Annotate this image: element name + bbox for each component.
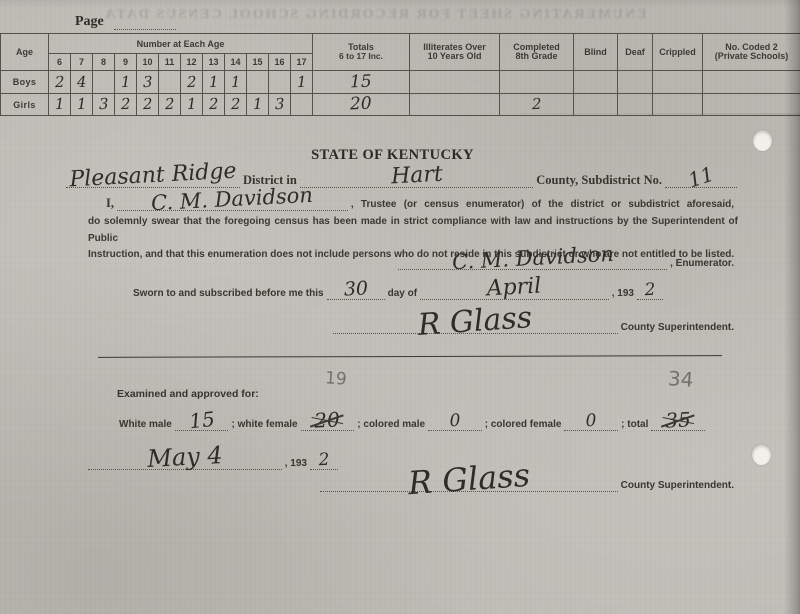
enumerator-line: C. M. Davidson , Enumerator.: [398, 246, 737, 270]
count-cell: 1: [291, 71, 313, 94]
white-female-field: 20 19: [301, 407, 355, 431]
count-cell: 1: [247, 94, 269, 116]
superintendent-line-lower: R Glass County Superintendent.: [320, 462, 737, 492]
superintendent-signature-field: R Glass: [333, 311, 618, 334]
sworn-month-handwritten: April: [487, 276, 543, 301]
colored-male-label: ; colored male: [354, 419, 428, 431]
page-label: Page: [75, 14, 104, 30]
count-cell: 2: [203, 94, 225, 116]
top-edge-shadow: [0, 0, 800, 8]
age-col-6: 6: [49, 54, 71, 71]
illiterates-cell: [410, 71, 500, 94]
right-edge-shadow: [784, 0, 800, 614]
trustee-name-field: C. M. Davidson: [117, 189, 348, 211]
trustee-line: I, C. M. Davidson , Trustee (or census e…: [103, 190, 737, 211]
section-divider-rule: [98, 355, 722, 358]
census-summary-table: Age Number at Each Age Totals 6 to 17 In…: [0, 33, 800, 116]
year-prefix-label-2: , 193: [282, 458, 310, 470]
total-field: 35 34: [651, 407, 705, 431]
subdistrict-no-field: 11: [665, 157, 737, 188]
superintendent-line-upper: R Glass County Superintendent.: [333, 312, 737, 334]
district-name-handwritten: Pleasant Ridge: [69, 161, 237, 192]
age-col-14: 14: [225, 54, 247, 71]
colored-male-field: 0: [428, 407, 482, 431]
colored-female-field: 0: [564, 407, 618, 431]
count-cell: 2: [181, 71, 203, 94]
date-field: May 4: [88, 443, 282, 470]
white-male-label: White male: [116, 419, 175, 431]
enumerator-signature-handwritten: C. M. Davidson: [451, 244, 614, 273]
count-cell: 1: [181, 94, 203, 116]
county-superintendent-label: County Superintendent.: [618, 322, 737, 334]
count-cell: 1: [71, 94, 93, 116]
enumerator-signature-field: C. M. Davidson: [398, 245, 667, 270]
examined-approved-heading: Examined and approved for:: [117, 388, 259, 400]
count-cell: 4: [71, 71, 93, 94]
header-number-at-each-age: Number at Each Age: [49, 34, 313, 54]
count-cell: 1: [203, 71, 225, 94]
age-col-7: 7: [71, 54, 93, 71]
total-cell-girls: 20: [313, 94, 410, 116]
row-label-boys: Boys: [1, 71, 49, 94]
county-subdistrict-label: County, Subdistrict No.: [533, 174, 665, 188]
white-male-value: 15: [188, 409, 215, 432]
header-completed-8th: Completed 8th Grade: [500, 34, 574, 71]
row-label-girls: Girls: [1, 94, 49, 116]
trustee-name-handwritten: C. M. Davidson: [151, 185, 314, 214]
age-col-10: 10: [137, 54, 159, 71]
total-cell-boys: 15: [313, 71, 410, 94]
white-female-value-struck: 20: [314, 409, 340, 430]
count-cell: 2: [225, 94, 247, 116]
white-female-label: ; white female: [228, 419, 300, 431]
date-handwritten: May 4: [147, 443, 223, 471]
header-crippled: Crippled: [653, 34, 703, 71]
count-cell: 3: [137, 71, 159, 94]
trustee-suffix-label: , Trustee (or census enumerator) of the …: [348, 199, 737, 211]
year-digit-handwritten: 2: [644, 282, 656, 300]
count-cell: [159, 71, 181, 94]
count-cell: 1: [49, 94, 71, 116]
header-illiterates: Illiterates Over 10 Years Old: [410, 34, 500, 71]
white-male-field: 15: [175, 407, 229, 431]
superintendent-signature-handwritten-2: R Glass: [407, 459, 531, 499]
age-col-11: 11: [159, 54, 181, 71]
age-col-16: 16: [269, 54, 291, 71]
county-name-handwritten: Hart: [390, 164, 443, 189]
oath-line-1: do solemnly swear that the foregoing cen…: [88, 214, 738, 247]
approval-stats-line: White male 15 ; white female 20 19 ; col…: [116, 408, 705, 431]
hole-punch-top: [753, 130, 772, 151]
page-number-line: [114, 11, 176, 30]
blind-cell: [574, 71, 618, 94]
age-col-8: 8: [93, 54, 115, 71]
scanned-census-document: ENUMERATING SHEET FOR RECORDING SCHOOL C…: [0, 0, 800, 614]
white-female-correction-pencil: 19: [324, 370, 347, 388]
enumerator-label: , Enumerator.: [667, 258, 737, 270]
crippled-cell: [653, 71, 703, 94]
count-cell: 2: [49, 71, 71, 94]
count-cell: [269, 71, 291, 94]
sworn-day-field: 30: [327, 277, 385, 300]
count-cell: 1: [225, 71, 247, 94]
count-cell: 2: [137, 94, 159, 116]
count-cell: 3: [93, 94, 115, 116]
age-col-13: 13: [203, 54, 225, 71]
table-row-boys: Boys 2 4 1 3 2 1 1 1 15: [1, 71, 800, 94]
total-correction-pencil: 34: [667, 368, 694, 390]
bleed-through-text: ENUMERATING SHEET FOR RECORDING SCHOOL C…: [95, 7, 655, 27]
hole-punch-bottom: [752, 444, 771, 465]
sworn-label: Sworn to and subscribed before me this: [130, 288, 327, 300]
i-label: I,: [103, 197, 117, 211]
district-name-field: Pleasant Ridge: [66, 157, 240, 188]
header-deaf: Deaf: [618, 34, 653, 71]
superintendent-signature-handwritten: R Glass: [417, 303, 533, 341]
count-cell: [247, 71, 269, 94]
deaf-cell: [618, 71, 653, 94]
age-col-15: 15: [247, 54, 269, 71]
year-digit-field: 2: [637, 277, 663, 300]
count-cell: [93, 71, 115, 94]
header-blind: Blind: [574, 34, 618, 71]
count-cell: 2: [159, 94, 181, 116]
superintendent-signature-field-2: R Glass: [320, 461, 618, 492]
count-cell: 1: [115, 71, 137, 94]
total-value-struck: 35: [665, 409, 691, 430]
subdistrict-no-handwritten: 11: [686, 164, 716, 191]
colored-female-value: 0: [585, 413, 597, 431]
county-name-field: Hart: [300, 157, 533, 188]
colored-female-label: ; colored female: [482, 419, 565, 431]
count-cell: 3: [269, 94, 291, 116]
age-col-12: 12: [181, 54, 203, 71]
sworn-line: Sworn to and subscribed before me this 3…: [130, 278, 663, 300]
count-cell: 2: [115, 94, 137, 116]
year-prefix-label: , 193: [609, 288, 637, 300]
district-county-line: Pleasant Ridge District in Hart County, …: [66, 158, 737, 188]
count-cell: [291, 94, 313, 116]
county-superintendent-label-2: County Superintendent.: [618, 480, 737, 492]
age-col-17: 17: [291, 54, 313, 71]
approval-date-line: May 4 , 193 2: [88, 444, 338, 470]
paper-crease: [420, 113, 800, 115]
total-label: ; total: [618, 419, 651, 431]
completed-cell: [500, 71, 574, 94]
sworn-month-field: April: [420, 277, 609, 300]
colored-male-value: 0: [449, 413, 461, 431]
sworn-day-handwritten: 30: [343, 279, 368, 299]
age-col-9: 9: [115, 54, 137, 71]
header-age: Age: [1, 34, 49, 71]
header-totals: Totals 6 to 17 Inc.: [313, 34, 410, 71]
day-of-label: day of: [385, 288, 420, 300]
